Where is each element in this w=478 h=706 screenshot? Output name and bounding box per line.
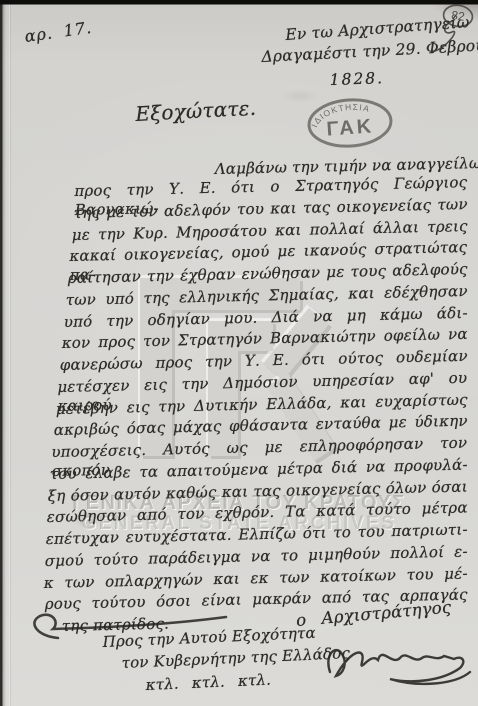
signature: [320, 634, 478, 692]
address-line-etc: κτλ. κτλ. κτλ.: [145, 671, 271, 694]
protocol-number: αρ. 17.: [23, 18, 93, 46]
gak-property-stamp: ΙΔΙΟΚΤΗΣΙΑ ΓΑΚ: [302, 93, 398, 153]
stamp-center-text: ΓΑΚ: [326, 115, 375, 140]
scanned-letter-page: ΓΕΝΙΚΑ ΑΡΧΕΙΑ ΤΟΥ ΚΡΑΤΟΥΣ GENERAL STATE …: [0, 0, 478, 706]
dateline-year: 1828.: [329, 69, 384, 89]
salutation: Εξοχώτατε.: [135, 96, 257, 126]
